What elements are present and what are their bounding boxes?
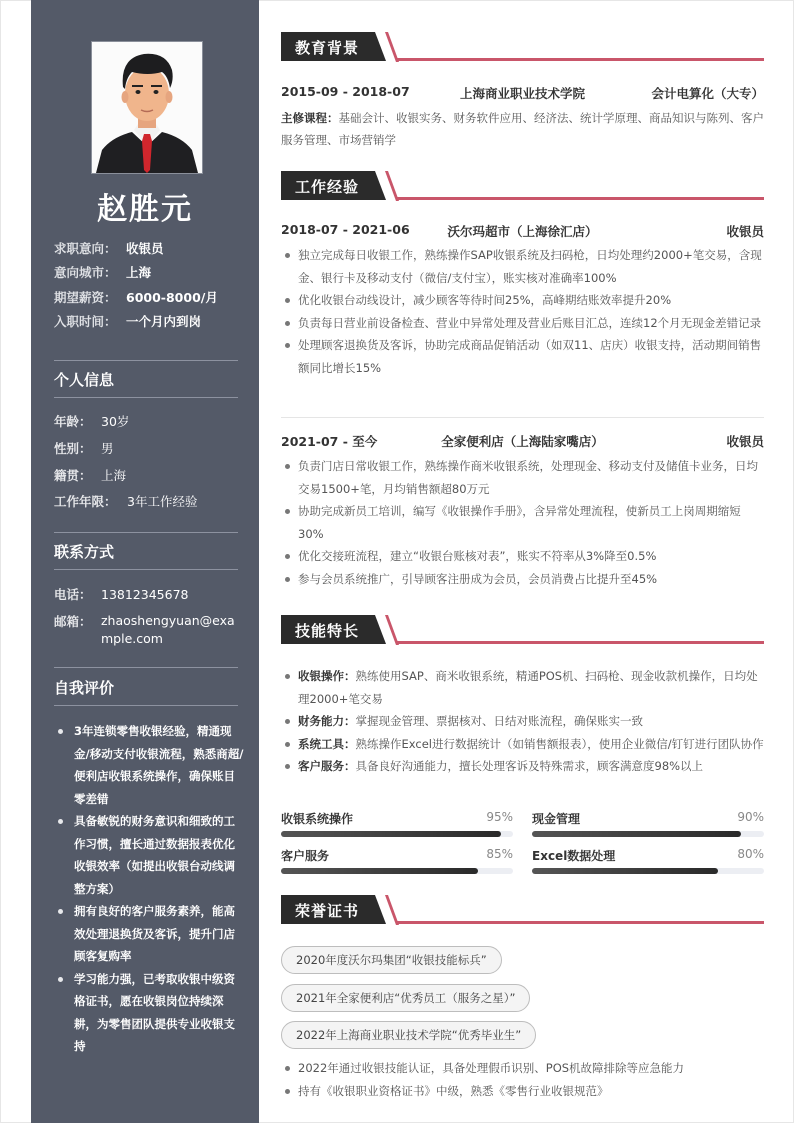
accent-rule xyxy=(397,197,764,200)
list-item: 协助完成新员工培训，编写《收银操作手册》，含异常处理流程，使新员工上岗周期缩短3… xyxy=(281,500,764,545)
section-title-personal: 个人信息 xyxy=(54,369,238,390)
divider xyxy=(54,360,238,361)
intent-city: 意向城市：上海 xyxy=(54,263,151,281)
contact-email: 邮箱：zhaoshengyuan@example.com xyxy=(54,612,235,648)
list-item: 学习能力强，已考取收银中级资格证书，愿在收银岗位持续深耕，为零售团队提供专业收银… xyxy=(54,968,244,1058)
skill-fill xyxy=(281,831,501,837)
job-row: 2021-07 - 至今 全家便利店（上海陆家嘴店） 收银员 xyxy=(281,432,764,450)
divider xyxy=(281,417,764,418)
list-item: 参与会员系统推广，引导顾客注册成为会员，会员消费占比提升至45% xyxy=(281,568,764,591)
list-item: 负责每日营业前设备检查、营业中异常处理及营业后账目汇总，连续12个月无现金差错记… xyxy=(281,312,764,335)
personal-age: 年龄：30岁 xyxy=(54,412,129,430)
intent-start-date: 入职时间：一个月内到岗 xyxy=(54,312,201,330)
phone-value[interactable]: 13812345678 xyxy=(101,587,188,602)
section-header-education: 教育背景 xyxy=(281,32,764,62)
job-bullets: 负责门店日常收银工作，熟练操作商米收银系统，处理现金、移动支付及储值卡业务，日均… xyxy=(281,455,764,590)
education-major: 会计电算化（大专） xyxy=(651,84,764,102)
section-title-self-eval: 自我评价 xyxy=(54,677,238,698)
divider xyxy=(54,397,238,398)
list-item: 系统工具：熟练操作Excel进行数据统计（如销售额报表），使用企业微信/钉钉进行… xyxy=(281,733,764,756)
education-row: 2015-09 - 2018-07 上海商业职业技术学院 会计电算化（大专） xyxy=(281,84,764,102)
personal-gender: 性别：男 xyxy=(54,439,114,457)
list-item: 拥有良好的客户服务素养，能高效处理退换货及客诉，提升门店顾客复购率 xyxy=(54,900,244,968)
list-item: 独立完成每日收银工作，熟练操作SAP收银系统及扫码枪，日均处理约2000+笔交易… xyxy=(281,244,764,289)
self-eval-list: 3年连锁零售收银经验，精通现金/移动支付收银流程，熟悉商超/便利店收银系统操作，… xyxy=(54,720,244,1058)
intent-position: 求职意向：收银员 xyxy=(54,239,164,257)
sidebar: 赵胜元 求职意向：收银员 意向城市：上海 期望薪资：6000-8000/月 入职… xyxy=(31,0,259,1123)
skill-fill xyxy=(532,831,741,837)
divider xyxy=(54,532,238,533)
skill-bar-cashier-system: 收银系统操作 95% xyxy=(281,810,513,844)
list-item: 2022年通过收银技能认证，具备处理假币识别、POS机故障排除等应急能力 xyxy=(281,1057,764,1080)
award-badge: 2020年度沃尔玛集团“收银技能标兵” xyxy=(281,946,502,974)
education-courses: 主修课程：基础会计、收银实务、财务软件应用、经济法、统计学原理、商品知识与陈列、… xyxy=(281,107,764,151)
intent-salary: 期望薪资：6000-8000/月 xyxy=(54,288,218,306)
section-title-contact: 联系方式 xyxy=(54,541,238,562)
personal-hometown: 籍贯：上海 xyxy=(54,466,126,484)
profile-photo xyxy=(91,41,203,174)
accent-rule xyxy=(397,921,764,924)
personal-experience: 工作年限：3年工作经验 xyxy=(54,492,197,510)
skill-bar-excel: Excel数据处理 80% xyxy=(532,847,764,881)
honors-notes: 2022年通过收银技能认证，具备处理假币识别、POS机故障排除等应急能力 持有《… xyxy=(281,1057,764,1102)
job-bullets: 独立完成每日收银工作，熟练操作SAP收银系统及扫码枪，日均处理约2000+笔交易… xyxy=(281,244,764,379)
job-role: 收银员 xyxy=(726,432,764,450)
accent-rule xyxy=(397,58,764,61)
avatar-illustration-icon xyxy=(92,42,202,173)
divider xyxy=(54,569,238,570)
skill-fill xyxy=(281,868,478,874)
list-item: 处理顾客退换货及客诉，协助完成商品促销活动（如双11、店庆）收银支持，活动期间销… xyxy=(281,334,764,379)
section-header-honors: 荣誉证书 xyxy=(281,895,764,925)
email-value[interactable]: zhaoshengyuan@example.com xyxy=(101,612,235,648)
accent-rule xyxy=(397,641,764,644)
section-header-work: 工作经验 xyxy=(281,171,764,201)
list-item: 具备敏锐的财务意识和细致的工作习惯，擅长通过数据报表优化收银效率（如提出收银台动… xyxy=(54,810,244,900)
list-item: 3年连锁零售收银经验，精通现金/移动支付收银流程，熟悉商超/便利店收银系统操作，… xyxy=(54,720,244,810)
list-item: 财务能力：掌握现金管理、票据核对、日结对账流程，确保账实一致 xyxy=(281,710,764,733)
divider xyxy=(54,705,238,706)
skill-fill xyxy=(532,868,718,874)
job-role: 收银员 xyxy=(726,222,764,240)
job-company: 沃尔玛超市（上海徐汇店） xyxy=(281,222,764,240)
skills-list: 收银操作：熟练使用SAP、商米收银系统，精通POS机、扫码枪、现金收款机操作，日… xyxy=(281,665,764,778)
award-badge: 2021年全家便利店“优秀员工（服务之星）” xyxy=(281,984,530,1012)
list-item: 客户服务：具备良好沟通能力，擅长处理客诉及特殊需求，顾客满意度98%以上 xyxy=(281,755,764,778)
skill-bar-cash-management: 现金管理 90% xyxy=(532,810,764,844)
divider xyxy=(54,667,238,668)
skill-bar-customer-service: 客户服务 85% xyxy=(281,847,513,881)
job-row: 2018-07 - 2021-06 沃尔玛超市（上海徐汇店） 收银员 xyxy=(281,222,764,240)
job-company: 全家便利店（上海陆家嘴店） xyxy=(281,432,764,450)
candidate-name: 赵胜元 xyxy=(31,184,259,228)
list-item: 持有《收银职业资格证书》中级，熟悉《零售行业收银规范》 xyxy=(281,1080,764,1103)
list-item: 优化交接班流程，建立“收银台账核对表”，账实不符率从3%降至0.5% xyxy=(281,545,764,568)
list-item: 优化收银台动线设计，减少顾客等待时间25%，高峰期结账效率提升20% xyxy=(281,289,764,312)
award-badge: 2022年上海商业职业技术学院“优秀毕业生” xyxy=(281,1021,536,1049)
section-header-skills: 技能特长 xyxy=(281,615,764,645)
list-item: 收银操作：熟练使用SAP、商米收银系统，精通POS机、扫码枪、现金收款机操作，日… xyxy=(281,665,764,710)
contact-phone: 电话：13812345678 xyxy=(54,585,188,603)
list-item: 负责门店日常收银工作，熟练操作商米收银系统，处理现金、移动支付及储值卡业务，日均… xyxy=(281,455,764,500)
